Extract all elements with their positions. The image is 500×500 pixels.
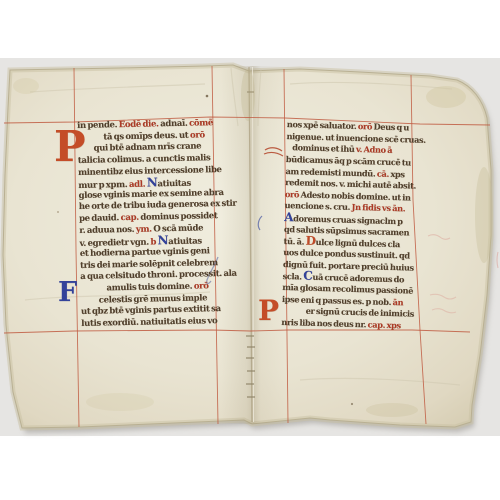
blue-initial: A [284, 210, 293, 224]
ink-text: r. aduua nos. [79, 225, 136, 236]
ink-text: glose vginis marie ex semine abra [78, 188, 223, 201]
ink-text: ipse eni q passus es. p nob. [282, 294, 393, 307]
rubric-text: cap. xps [367, 319, 400, 330]
ink-text: tū. ā. [283, 236, 305, 247]
blue-initial: C [303, 269, 313, 283]
ink-text: uencione s. cru. [284, 200, 351, 212]
rubric-text: Eodē die. [119, 119, 159, 130]
ink-text: talicia colimus. a cunctis malis [78, 153, 211, 166]
ink-text: scla. [282, 271, 303, 282]
ink-text: lutis exordiū. natiuitatis eius vo [81, 316, 217, 329]
ink-text: dominus possidet [140, 211, 217, 223]
ink-text: nris liba nos deus nr. [281, 317, 368, 329]
ink-text: Deus q u [373, 121, 409, 132]
manuscript-leaf-graphic [0, 0, 500, 500]
ink-text: qui btē adnam nrīs crane [93, 142, 201, 154]
ink-text: a qua celsitudo throni. processit. ala [80, 269, 237, 282]
ink-text: adnaī. [159, 119, 190, 130]
ink-text: xps [390, 168, 404, 178]
page-left-text: in pende. Eodē die. adnaī. cōmētā qs omī… [77, 118, 231, 331]
rubric-text: cap. [120, 213, 140, 223]
manuscript-photo: in pende. Eodē die. adnaī. cōmētā qs omī… [0, 0, 500, 500]
rubric-text: orō [285, 189, 301, 199]
ink-text: et hodierna partue vginis geni [80, 246, 210, 259]
ink-text: celestis grē munus imple [99, 293, 208, 305]
ink-text: am redemisti mundū. [285, 166, 377, 179]
ink-text: tā qs omīps deus. ut [103, 130, 190, 142]
blue-initial: N [157, 234, 168, 248]
ink-text: dominus et ihū [292, 142, 356, 154]
ink-text: O scā mūde [153, 223, 203, 234]
ink-text: amulis tuis domine. [106, 282, 194, 294]
rubric-text: orō [190, 130, 205, 140]
rubric-text: cā. [377, 168, 391, 178]
rubric-text: v. Adno ā [356, 144, 392, 155]
rubric-text: orō [194, 281, 209, 291]
ink-text: ut qbz btē vginis partus extitit sa [81, 304, 221, 317]
red-initial: D [305, 234, 315, 248]
ink-text: er signū crucis de inimicis [306, 306, 415, 319]
drop-cap-F: F [58, 279, 77, 306]
rubric-text: ān [392, 297, 403, 307]
rubric-text: orō [358, 121, 374, 131]
rubric-text: ym. [136, 224, 154, 234]
rubric-text: Jn fidis vs ān. [351, 202, 405, 213]
drop-cap-P: P [54, 126, 86, 168]
page-right-text: nos xpē saluator. orō Deus q unigenue. u… [281, 119, 421, 332]
rubric-text: cōmē [189, 118, 213, 128]
ink-text: pe dauid. [79, 213, 121, 224]
blue-initial: N [147, 176, 158, 190]
ink-text: nos xpē saluator. [287, 119, 358, 131]
drop-cap-P: P [258, 297, 279, 325]
ink-text: tris dei marie solēpnit celebrem [80, 258, 218, 271]
